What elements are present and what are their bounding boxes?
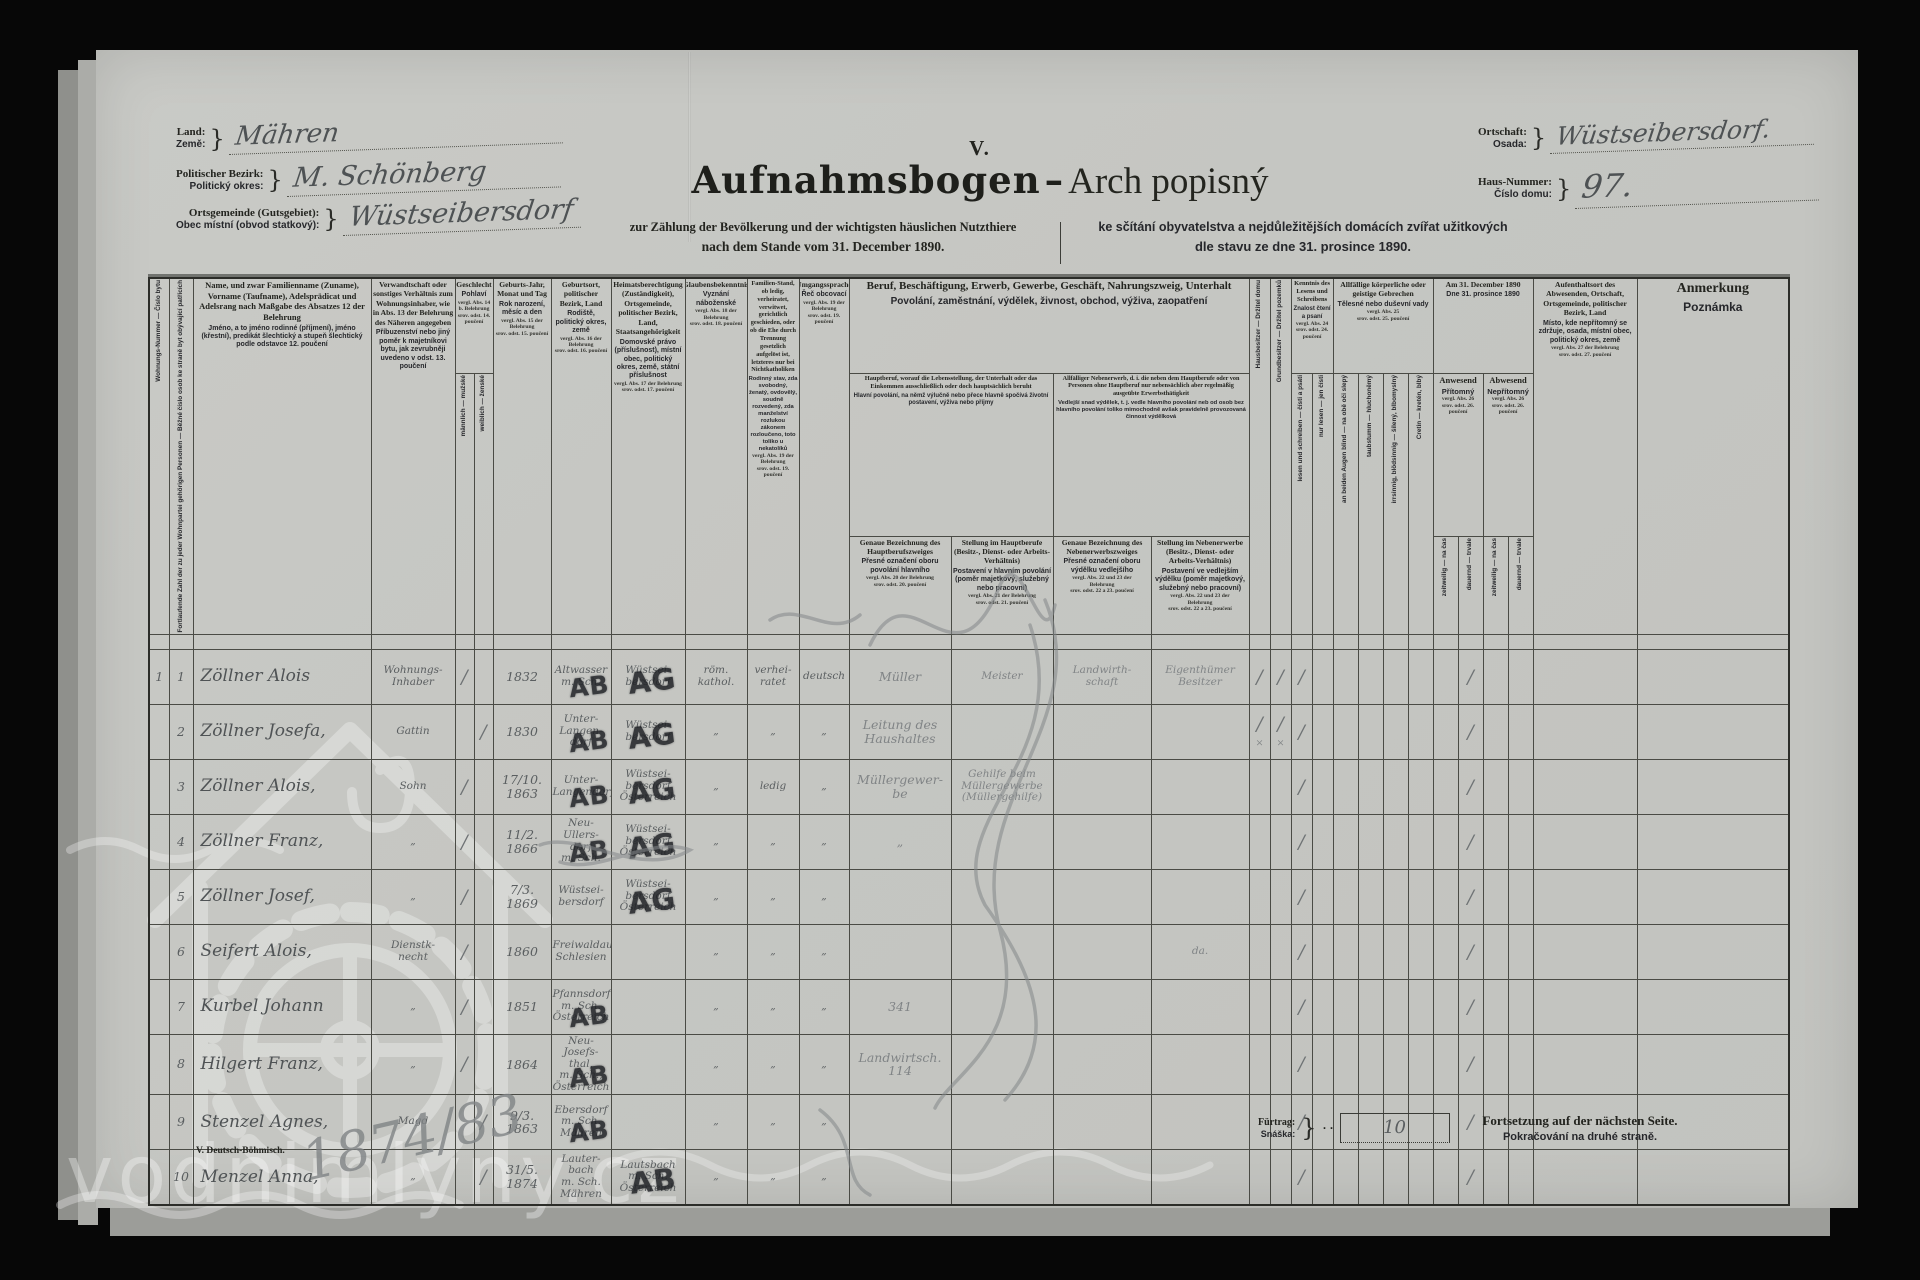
carry-label-de: Fürtrag: bbox=[1258, 1117, 1295, 1129]
scanned-census-sheet: vodnimlyny.cz Land:Země: } Mähren Politi… bbox=[0, 0, 1920, 1280]
brace: } bbox=[1301, 1114, 1316, 1142]
carry-dots: · · bbox=[1323, 1121, 1334, 1136]
continuation-note: Fortsetzung auf der nächsten Seite. Pokr… bbox=[1430, 1112, 1730, 1146]
printer-mark: V. Deutsch-Böhmisch. bbox=[196, 1146, 285, 1156]
carry-value: 10 bbox=[1383, 1118, 1406, 1138]
pencil-scribbles bbox=[0, 0, 1920, 1280]
carry-label-cz: Snáška: bbox=[1258, 1129, 1295, 1139]
carry-forward: Fürtrag: Snáška: } · · 10 bbox=[1258, 1113, 1450, 1143]
